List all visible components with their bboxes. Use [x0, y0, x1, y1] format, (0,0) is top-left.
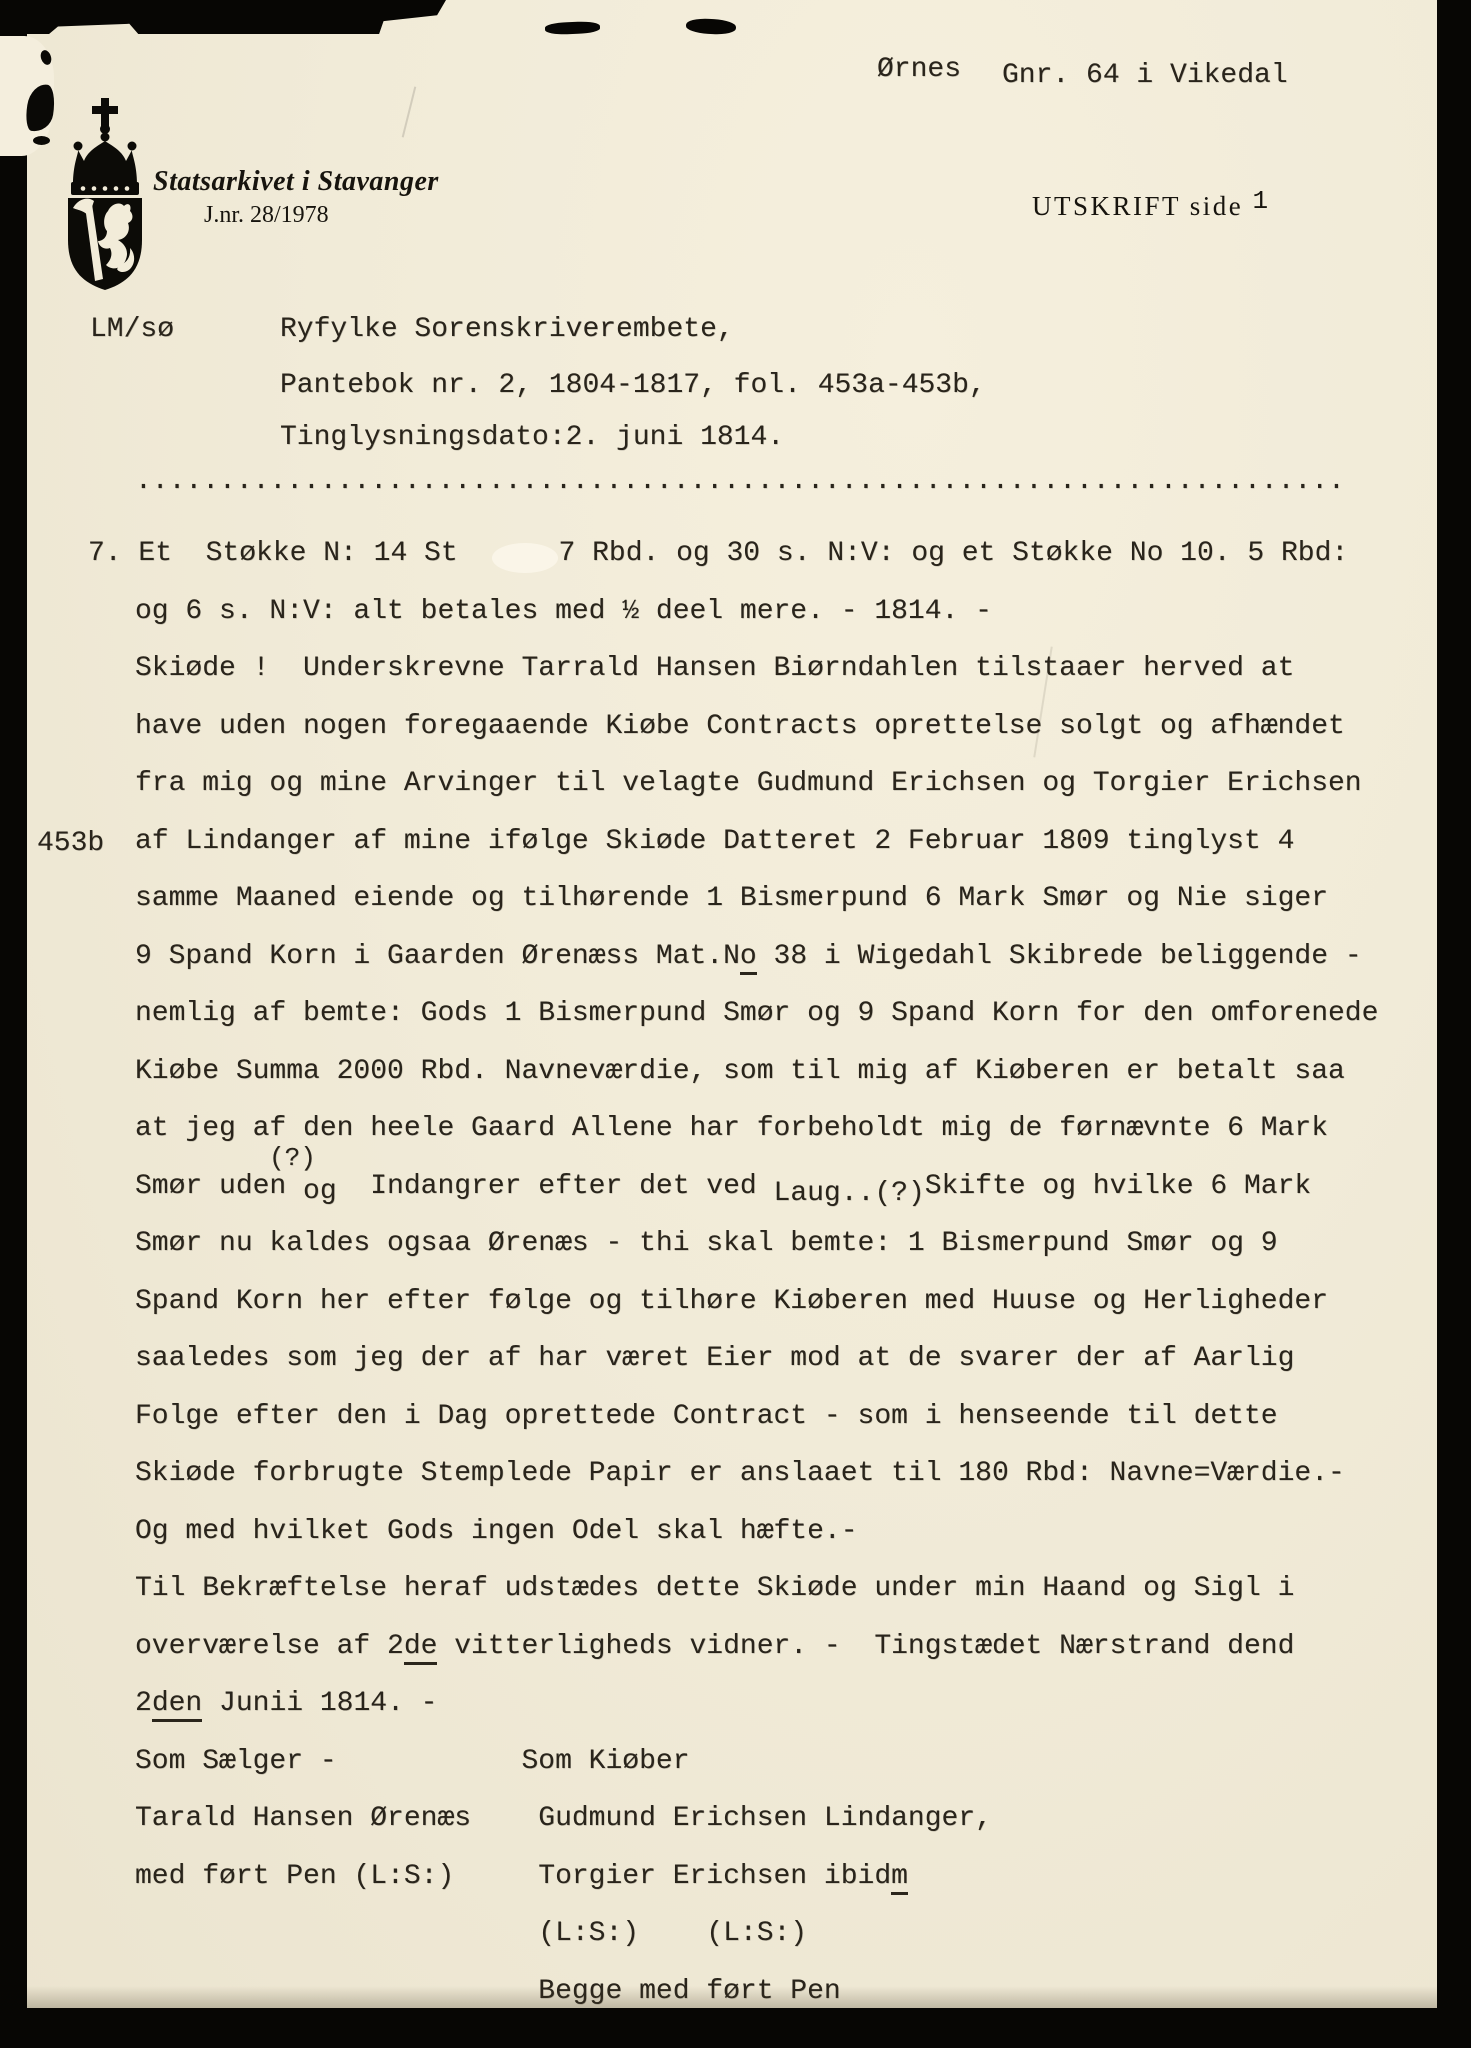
text-line: Skiøde ! Underskrevne Tarrald Hansen Biø… [135, 654, 1294, 684]
text-line: Skiøde forbrugte Stemplede Papir er ansl… [135, 1459, 1345, 1489]
line-text: Indangrer efter det ved [337, 1171, 774, 1202]
text-line: samme Maaned eiende og tilhørende 1 Bism… [135, 884, 1328, 914]
text-line: Smør nu kaldes ogsaa Ørenæs - thi skal b… [135, 1229, 1278, 1259]
line-text: Junii 1814. - [202, 1688, 437, 1719]
signature-line: med ført Pen (L:S:) Torgier Erichsen ibi… [135, 1862, 908, 1892]
tear-mark [33, 136, 50, 145]
transcript-label: UTSKRIFT side [1032, 191, 1243, 221]
source-book: Pantebok nr. 2, 1804-1817, fol. 453a-453… [280, 372, 986, 400]
journal-number: J.nr. 28/1978 [204, 202, 329, 229]
underlined-text: de [404, 1631, 438, 1665]
line-text: af Lindanger af mine ifølge Skiøde Datte… [135, 826, 1294, 857]
line-text: Smør uden [135, 1171, 303, 1202]
question-annotation: (?) [269, 1143, 316, 1173]
text-line: 453baf Lindanger af mine ifølge Skiøde D… [135, 827, 1294, 857]
line-text: 2 [135, 1688, 152, 1719]
text-line: 7. Et Støkke N: 14 St 7 Rbd. og 30 s. N:… [88, 539, 1348, 569]
coat-of-arms-icon [60, 98, 150, 292]
seal-line: (L:S:) (L:S:) [135, 1919, 807, 1949]
text-line: have uden nogen foregaaende Kiøbe Contra… [135, 712, 1345, 742]
scanned-archive-page: Ørnes Gnr. 64 i Vikedal Statsarkivet i S… [0, 0, 1471, 2048]
source-office: Ryfylke Sorenskriverembete, [280, 316, 734, 344]
text-line: fra mig og mine Arvinger til velagte Gud… [135, 769, 1362, 799]
farm-name-label: Ørnes [877, 56, 961, 84]
text-line: Kiøbe Summa 2000 Rbd. Navneværdie, som t… [135, 1057, 1345, 1087]
line-text: 38 i Wigedahl Skibrede beliggende - [757, 941, 1362, 972]
folio-margin-label: 453b [37, 829, 104, 859]
text-line: overværelse af 2de vitterligheds vidner.… [135, 1632, 1294, 1662]
lowered-text: Laug..(?) [774, 1178, 925, 1209]
archive-name: Statsarkivet i Stavanger [153, 166, 439, 198]
line-text: overværelse af 2 [135, 1631, 404, 1662]
transcript-page-label: UTSKRIFT side 1 [1032, 191, 1268, 223]
annotated-word: (?)og [303, 1171, 337, 1202]
text-line: saaledes som jeg der af har været Eier m… [135, 1344, 1294, 1374]
scan-smudge [686, 18, 737, 36]
line-text: med ført Pen (L:S:) Torgier Erichsen ibi… [135, 1861, 891, 1892]
text-line: Til Bekræftelse heraf udstædes dette Ski… [135, 1574, 1294, 1604]
text-line: at jeg af den heele Gaard Allene har for… [135, 1114, 1328, 1144]
underlined-text: o [740, 941, 757, 975]
underlined-text: m [891, 1861, 908, 1895]
signature-header-line: Som Sælger - Som Kiøber [135, 1747, 690, 1777]
scan-border-top [0, 0, 446, 34]
text-line: Folge efter den i Dag oprettede Contract… [135, 1402, 1278, 1432]
page-number: 1 [1253, 186, 1269, 216]
text-line: 2den Junii 1814. - [135, 1689, 437, 1719]
scan-border-right [1437, 0, 1471, 2048]
text-line: Spand Korn her efter følge og tilhøre Ki… [135, 1287, 1328, 1317]
scan-border-bottom [0, 2008, 1471, 2048]
line-text: vitterligheds vidner. - Tingstædet Nærst… [437, 1631, 1294, 1662]
typist-initials: LM/sø [90, 316, 174, 344]
scan-smudge [545, 21, 600, 35]
scan-border-left [0, 0, 27, 2048]
farm-number-label: Gnr. 64 i Vikedal [1002, 62, 1288, 90]
text-line: 9 Spand Korn i Gaarden Ørenæss Mat.No 38… [135, 942, 1362, 972]
source-date: Tinglysningsdato:2. juni 1814. [280, 424, 784, 452]
scan-shadow [0, 1986, 1471, 2008]
text-line: nemlig af bemte: Gods 1 Bismerpund Smør … [135, 999, 1378, 1029]
text-line: og 6 s. N:V: alt betales med ½ deel mere… [135, 597, 992, 627]
line-text: 9 Spand Korn i Gaarden Ørenæss Mat.N [135, 941, 740, 972]
text-line: Smør uden (?)og Indangrer efter det ved … [135, 1172, 1311, 1202]
line-text: og [303, 1176, 337, 1207]
paper-scratch [402, 87, 417, 138]
line-text: Skifte og hvilke 6 Mark [925, 1171, 1311, 1202]
correction-fluid-blotch [492, 543, 558, 573]
text-line: Og med hvilket Gods ingen Odel skal hæft… [135, 1517, 858, 1547]
dotted-divider: ........................................… [135, 468, 1345, 496]
underlined-text: den [152, 1688, 202, 1722]
signature-line: Tarald Hansen Ørenæs Gudmund Erichsen Li… [135, 1804, 992, 1834]
